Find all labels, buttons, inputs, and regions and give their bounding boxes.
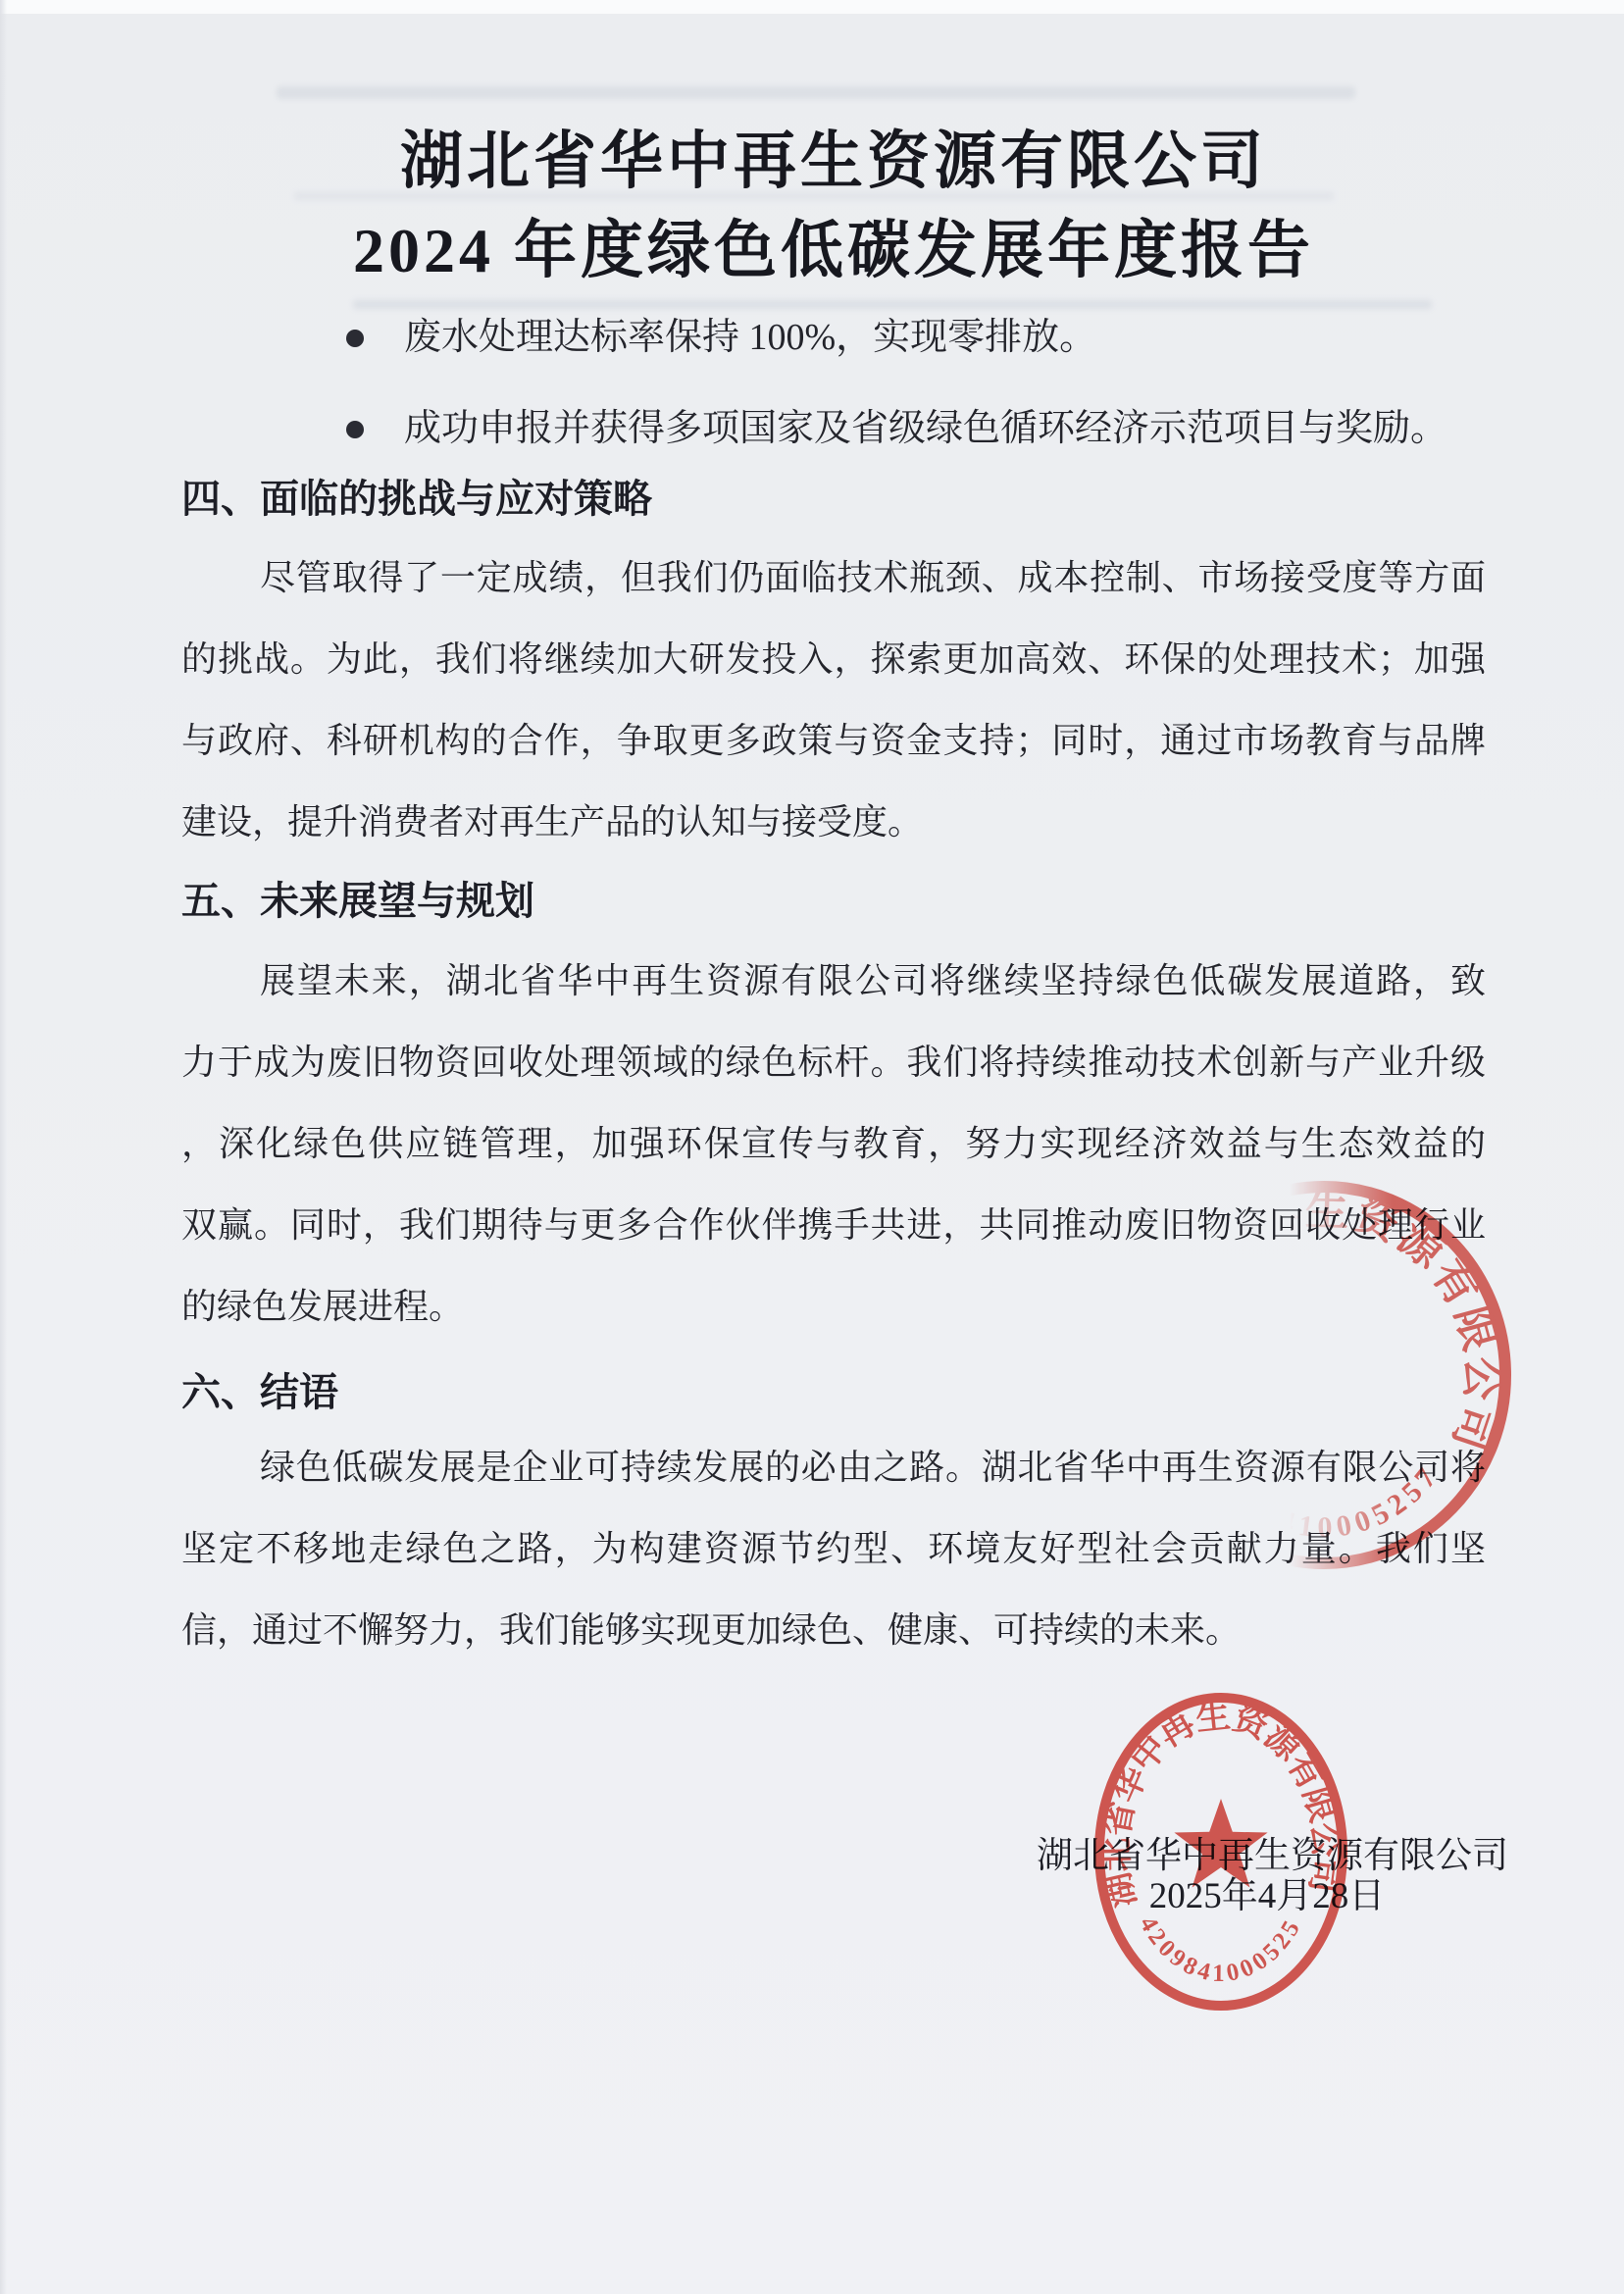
signature-date: 2025年4月28日 bbox=[1037, 1876, 1497, 1916]
paragraph-line: ，深化绿色供应链管理，加强环保宣传与教育，努力实现经济效益与生态效益的 bbox=[181, 1125, 1486, 1163]
scan-left-edge bbox=[0, 0, 7, 2294]
document-title-line1: 湖北省华中再生资源有限公司 bbox=[181, 127, 1486, 195]
section-heading-5: 五、未来展望与规划 bbox=[181, 880, 534, 922]
paragraph-line: 的绿色发展进程。 bbox=[181, 1288, 1486, 1326]
scan-artifact bbox=[277, 86, 1355, 99]
scan-artifact bbox=[353, 300, 1432, 309]
signature-company: 湖北省华中再生资源有限公司 bbox=[1037, 1836, 1497, 1876]
bullet-icon bbox=[346, 421, 364, 438]
scan-top-edge bbox=[0, 0, 1624, 14]
paragraph-line: 双赢。同时，我们期待与更多合作伙伴携手共进，共同推动废旧物资回收处理行业 bbox=[181, 1206, 1486, 1245]
bullet-text: 成功申报并获得多项国家及省级绿色循环经济示范项目与奖励。 bbox=[404, 409, 1447, 449]
paragraph-line: 的挑战。为此，我们将继续加大研发投入，探索更加高效、环保的处理技术；加强 bbox=[181, 640, 1486, 679]
paragraph-line: 建设，提升消费者对再生产品的认知与接受度。 bbox=[181, 803, 1486, 841]
paragraph-line: 坚定不移地走绿色之路，为构建资源节约型、环境友好型社会贡献力量。我们坚 bbox=[181, 1530, 1486, 1568]
paragraph-line: 信，通过不懈努力，我们能够实现更加绿色、健康、可持续的未来。 bbox=[181, 1611, 1486, 1650]
bullet-icon bbox=[346, 330, 364, 347]
paragraph-line: 展望未来，湖北省华中再生资源有限公司将继续坚持绿色低碳发展道路，致 bbox=[260, 962, 1486, 1000]
section-heading-6: 六、结语 bbox=[181, 1371, 338, 1413]
paragraph-line: 绿色低碳发展是企业可持续发展的必由之路。湖北省华中再生资源有限公司将 bbox=[260, 1449, 1486, 1487]
paragraph-line: 力于成为废旧物资回收处理领域的绿色标杆。我们将持续推动技术创新与产业升级 bbox=[181, 1044, 1486, 1082]
bullet-item: 废水处理达标率保持 100%，实现零排放。 bbox=[346, 318, 1096, 358]
bullet-item: 成功申报并获得多项国家及省级绿色循环经济示范项目与奖励。 bbox=[346, 409, 1447, 449]
section-heading-4: 四、面临的挑战与应对策略 bbox=[181, 478, 652, 520]
bullet-text: 废水处理达标率保持 100%，实现零排放。 bbox=[404, 318, 1096, 358]
document-title-line2: 2024 年度绿色低碳发展年度报告 bbox=[181, 217, 1486, 284]
paragraph-line: 与政府、科研机构的合作，争取更多政策与资金支持；同时，通过市场教育与品牌 bbox=[181, 722, 1486, 760]
paragraph-line: 尽管取得了一定成绩，但我们仍面临技术瓶颈、成本控制、市场接受度等方面 bbox=[260, 559, 1486, 597]
